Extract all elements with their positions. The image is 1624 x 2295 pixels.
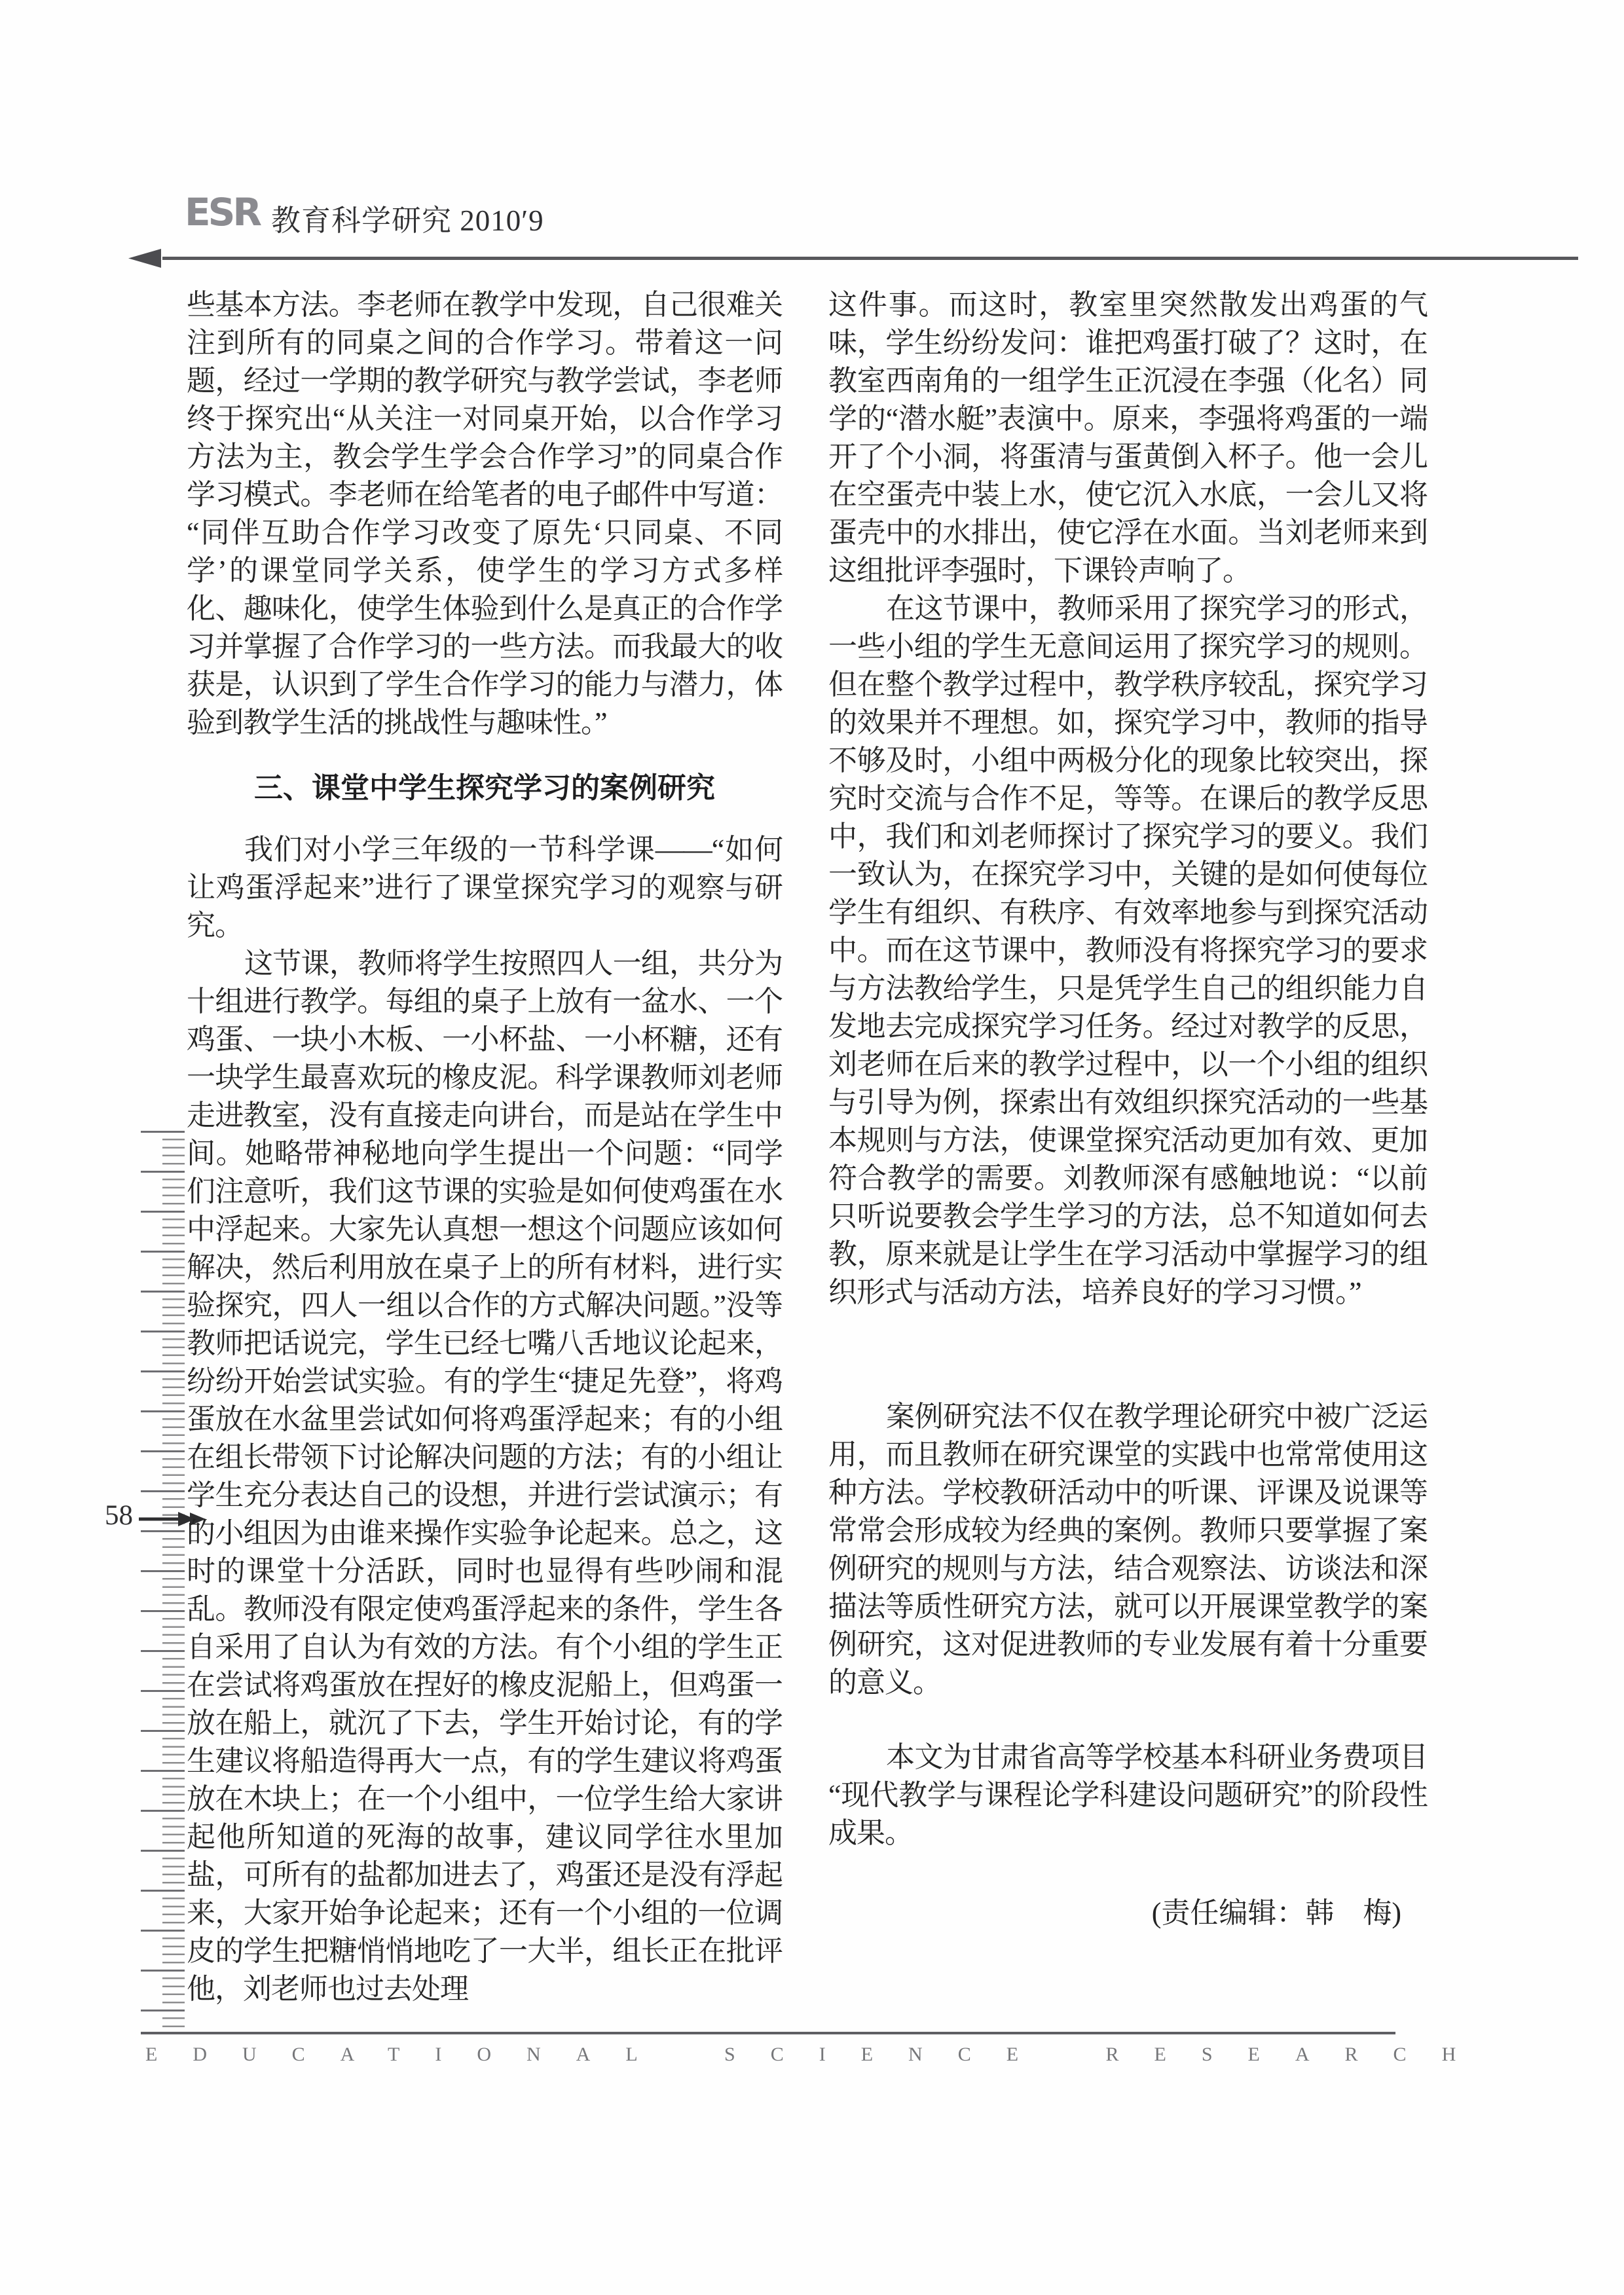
page-number: 58	[105, 1499, 133, 1532]
paragraph: 在这节课中，教师采用了探究学习的形式，一些小组的学生无意间运用了探究学习的规则。…	[828, 590, 1428, 1312]
journal-page: ESR 教育科学研究 2010′9 58 些基本方法。李老师在教学中发现，自己很…	[0, 0, 1624, 2295]
column-right: 这件事。而这时，教室里突然散发出鸡蛋的气味，学生纷纷发问：谁把鸡蛋打破了？这时，…	[828, 286, 1428, 1932]
editor-note: (责任编辑：韩 梅)	[828, 1894, 1428, 1932]
journal-logo: ESR	[185, 189, 263, 234]
footer-journal-name: EDUCATIONAL SCIENCE RESEARCH	[145, 2044, 1491, 2066]
left-arrow-icon	[128, 248, 174, 268]
margin-ruler-long-ticks	[141, 1131, 185, 2030]
column-left: 些基本方法。李老师在教学中发现，自己很难关注到所有的同桌之间的合作学习。带着这一…	[187, 286, 783, 2008]
logo-text: ESR	[185, 190, 261, 234]
header-rule	[162, 257, 1578, 260]
footer-rule	[141, 2032, 1395, 2034]
paragraph: 这节课，教师将学生按照四人一组，共分为十组进行教学。每组的桌子上放有一盆水、一个…	[187, 945, 783, 2008]
paragraph: 我们对小学三年级的一节科学课——“如何让鸡蛋浮起来”进行了课堂探究学习的观察与研…	[187, 831, 783, 945]
acknowledgment-paragraph: 本文为甘肃省高等学校基本科研业务费项目“现代教学与课程论学科建设问题研究”的阶段…	[828, 1738, 1428, 1852]
paragraph-continuation: 些基本方法。李老师在教学中发现，自己很难关注到所有的同桌之间的合作学习。带着这一…	[187, 286, 783, 742]
journal-title: 教育科学研究 2010′9	[271, 196, 544, 239]
paragraph: 案例研究法不仅在教学理论研究中被广泛运用，而且教师在研究课堂的实践中也常常使用这…	[828, 1398, 1428, 1702]
paragraph-continuation: 这件事。而这时，教室里突然散发出鸡蛋的气味，学生纷纷发问：谁把鸡蛋打破了？这时，…	[828, 286, 1428, 590]
esr-logo-icon: ESR	[185, 189, 263, 234]
section-heading: 三、课堂中学生探究学习的案例研究	[187, 768, 783, 809]
